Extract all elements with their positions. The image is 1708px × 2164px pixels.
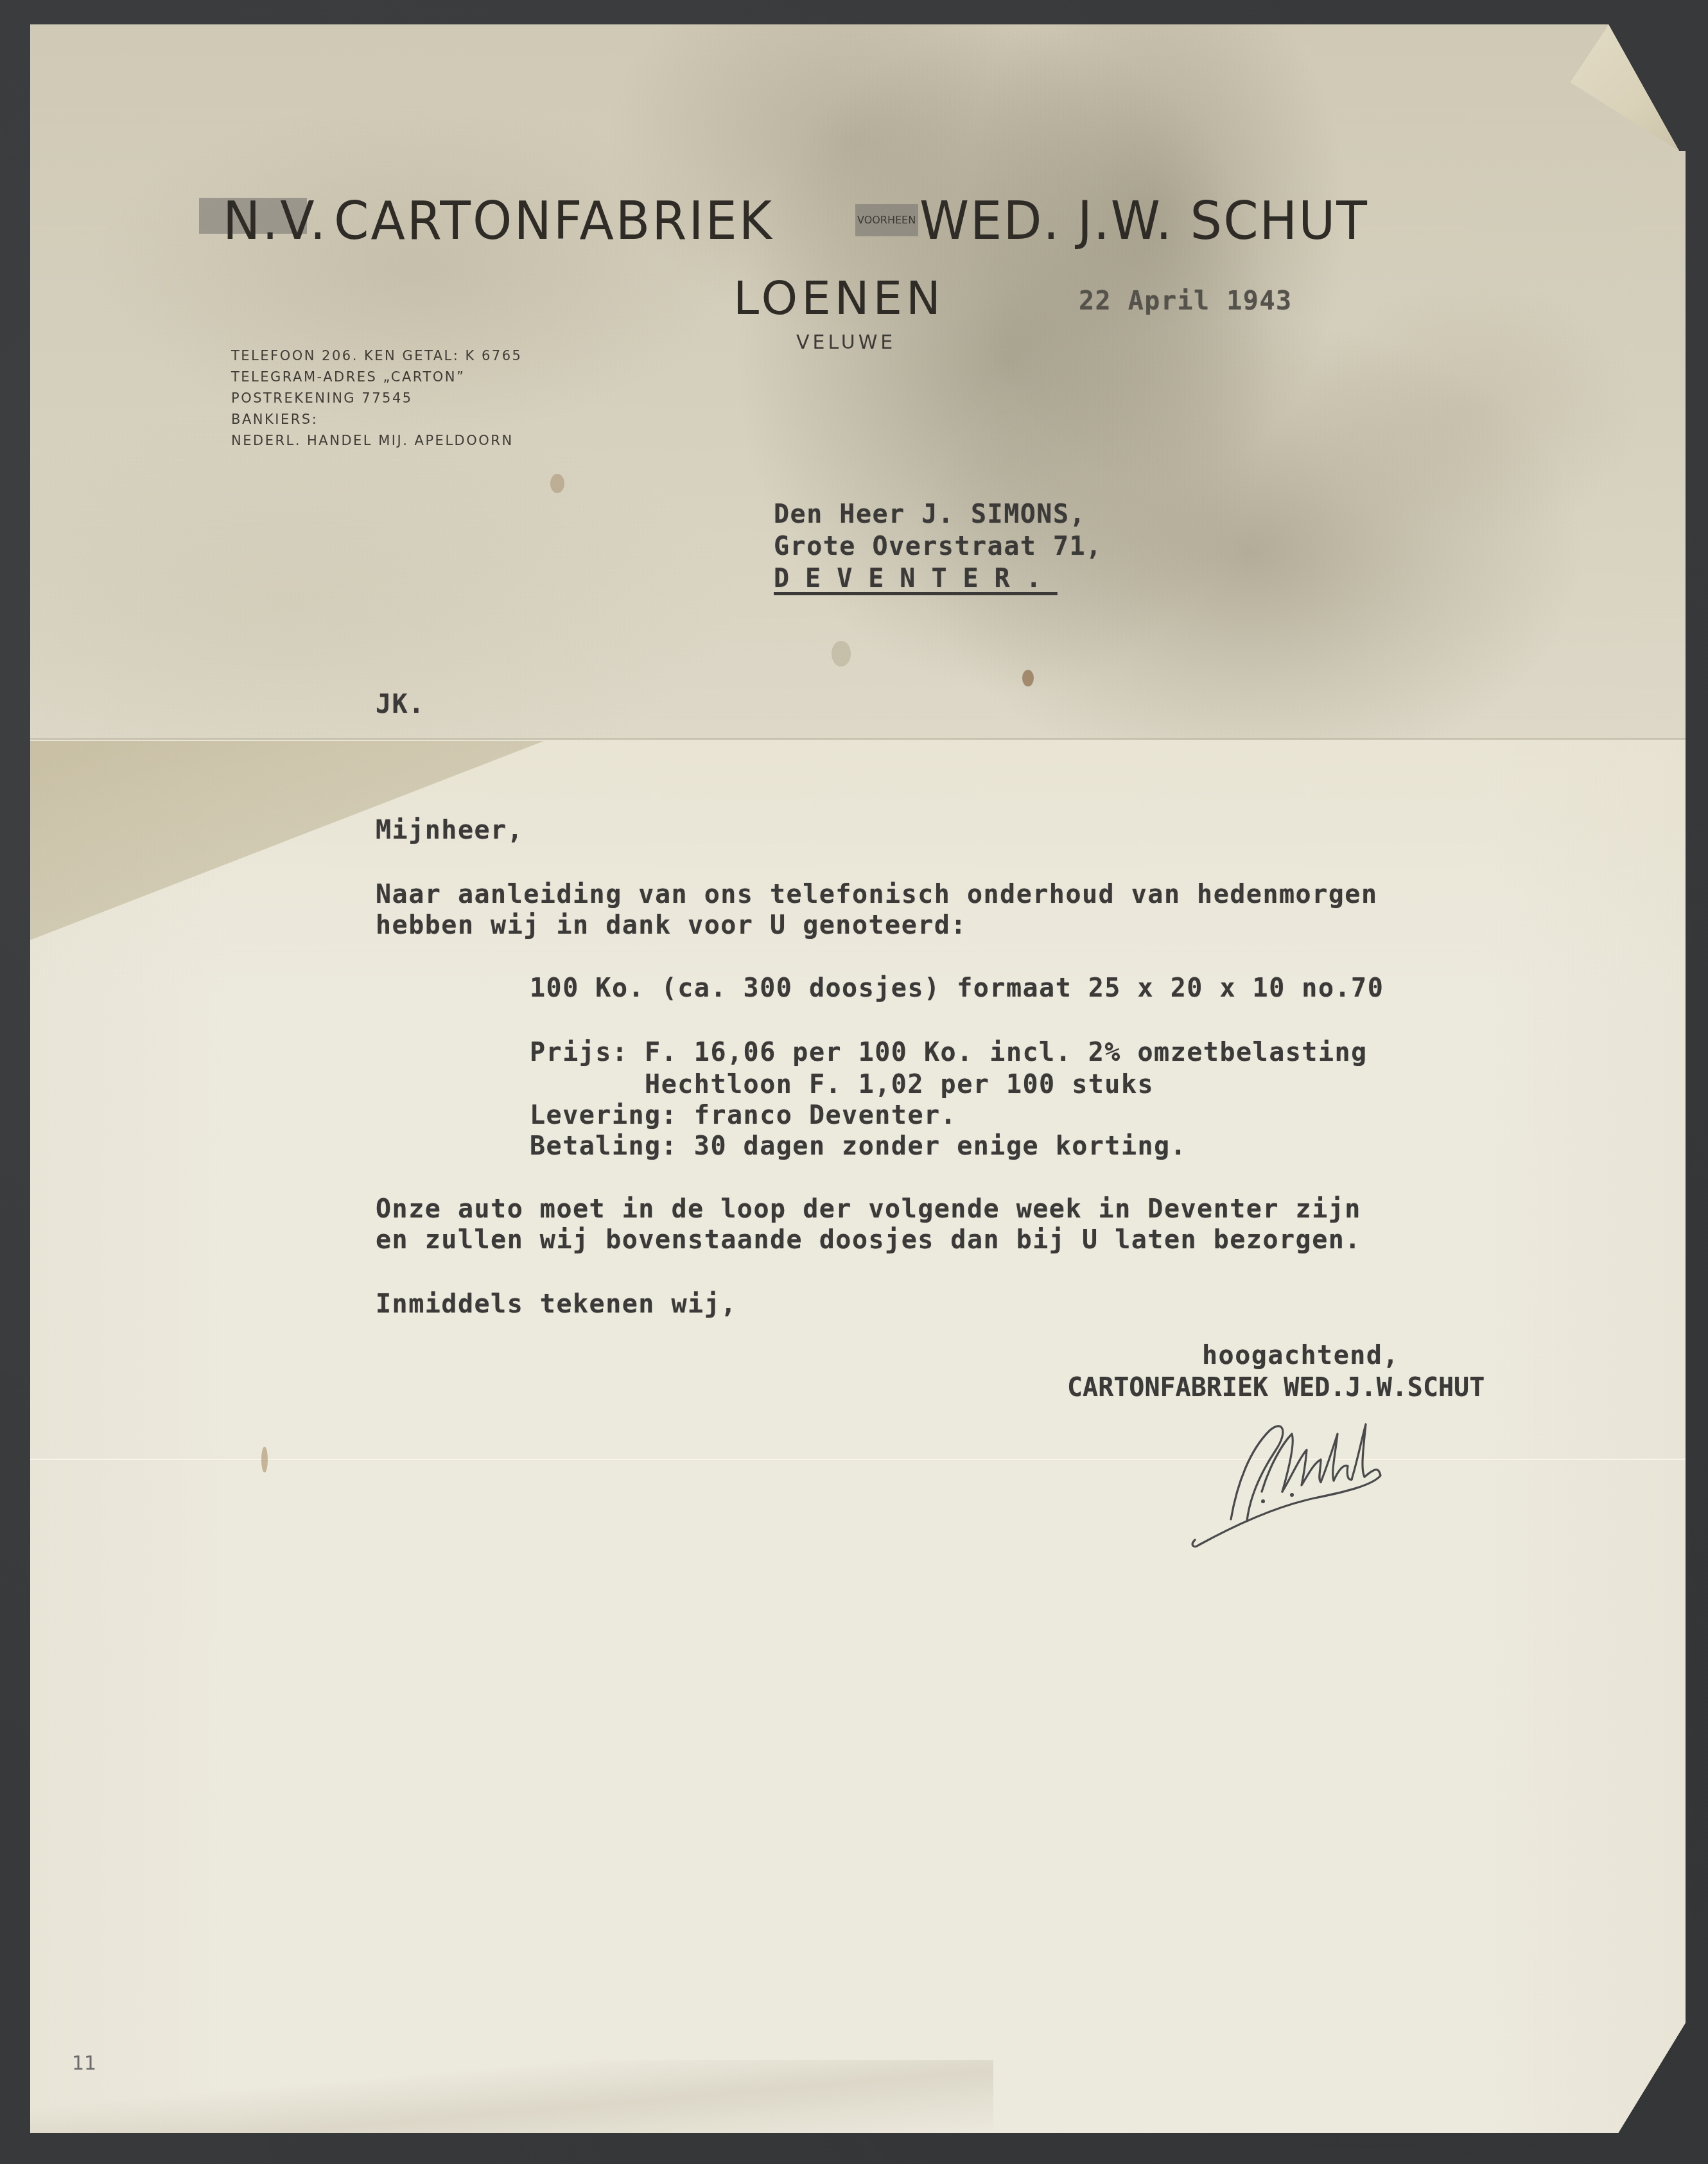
terms-payment: Betaling: 30 dagen zonder enige korting. [530,1131,1187,1161]
signoff-company: CARTONFABRIEK WED.J.W.SCHUT [1067,1373,1485,1402]
contact-telephone: TELEFOON 206. KEN GETAL: K 6765 [231,345,522,367]
body-intro-line-1: Naar aanleiding van ons telefonisch onde… [376,880,1378,909]
terms-price: Prijs: F. 16,06 per 100 Ko. incl. 2% omz… [530,1038,1368,1067]
bottom-fold-shadow [30,2060,993,2133]
handwritten-signature [1186,1405,1481,1553]
region-name: VELUWE [796,331,896,354]
fold-crease-upper [30,738,1686,741]
stain-spot [1022,670,1034,686]
letter-date: 22 April 1943 [1079,286,1293,316]
pencil-margin-mark: 11 [72,2052,96,2075]
voorheen-label: VOORHEEN [857,214,916,226]
recipient-street: Grote Overstraat 71, [774,532,1102,561]
terms-stitching: Hechtloon F. 1,02 per 100 stuks [530,1070,1154,1099]
salutation: Mijnheer, [376,816,523,845]
recipient-name: Den Heer J. SIMONS, [774,500,1086,529]
stain-spot [261,1447,268,1472]
recipient-city: DEVENTER. [774,564,1058,593]
company-suffix: WED. J.W. SCHUT [919,191,1368,252]
signoff-greeting: hoogachtend, [1202,1341,1399,1370]
closing-paragraph-line-2: en zullen wij bovenstaande doosjes dan b… [376,1225,1361,1255]
letter-sheet: N.V. CARTONFABRIEK VOORHEEN WED. J.W. SC… [30,24,1686,2133]
stain-spot [832,641,851,667]
stain-spot [550,474,564,493]
city-name: LOENEN [733,271,945,325]
contact-bankers-label: BANKIERS: [231,409,522,430]
closing-paragraph-line-1: Onze auto moet in de loop der volgende w… [376,1194,1361,1224]
contact-postal-account: POSTREKENING 77545 [231,388,522,409]
company-name: CARTONFABRIEK [334,191,774,252]
terms-delivery: Levering: franco Deventer. [530,1101,957,1130]
reference-initials: JK. [376,690,425,719]
closing-line: Inmiddels tekenen wij, [376,1289,737,1319]
contact-block: TELEFOON 206. KEN GETAL: K 6765 TELEGRAM… [231,345,522,451]
order-line: 100 Ko. (ca. 300 doosjes) formaat 25 x 2… [530,973,1384,1003]
contact-bank: NEDERL. HANDEL MIJ. APELDOORN [231,430,522,451]
contact-telegram: TELEGRAM-ADRES „CARTON” [231,367,522,388]
body-intro-line-2: hebben wij in dank voor U genoteerd: [376,911,967,940]
company-prefix: N.V. [223,191,327,252]
